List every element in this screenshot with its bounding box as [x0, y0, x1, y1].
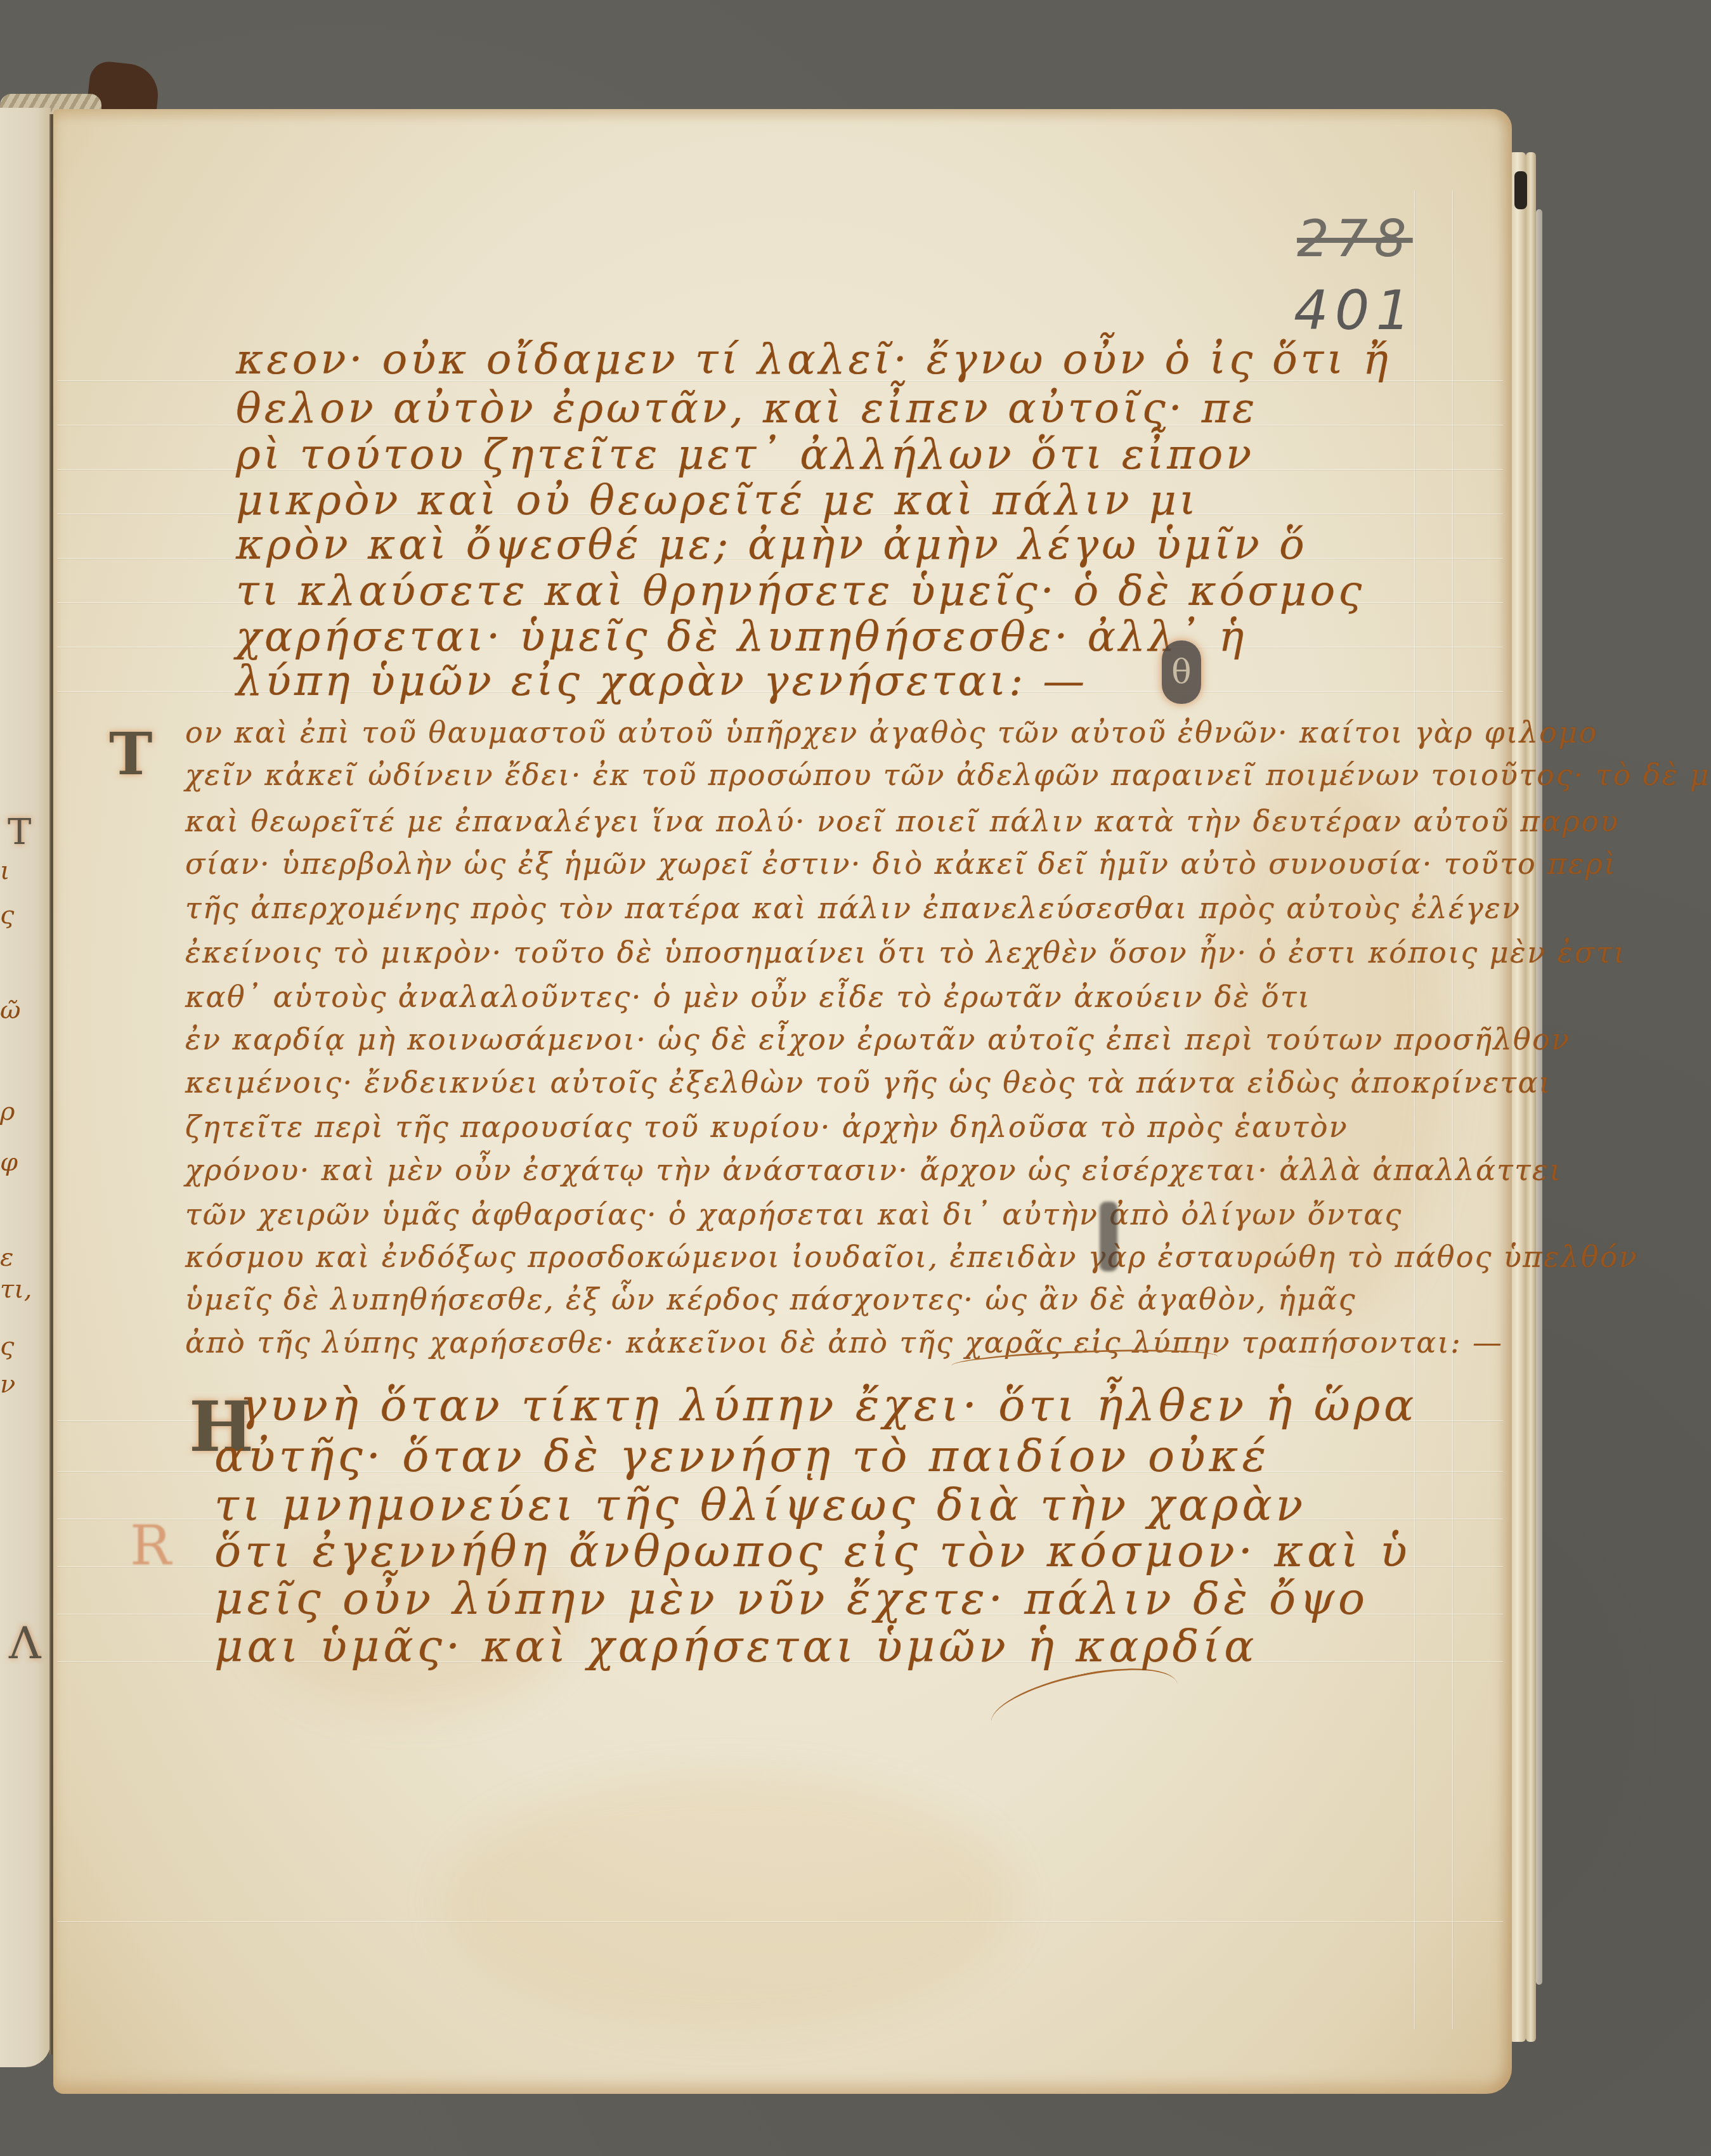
folio-number-old: 278 — [1297, 209, 1413, 268]
cover-edge — [1514, 171, 1527, 209]
text-line: κεον· οὐκ οἴδαμεν τί λαλεῖ· ἔγνω οὖν ὁ ἰ… — [236, 335, 1391, 384]
left-page-text-fragment: τι, — [0, 1275, 32, 1304]
text-line: ὅτι ἐγεννήθη ἄνθρωπος εἰς τὸν κόσμον· κα… — [214, 1525, 1411, 1577]
commentary-line: κειμένοις· ἔνδεικνύει αὐτοῖς ἐξελθὼν τοῦ… — [185, 1065, 1552, 1100]
left-page-text-fragment: ε — [0, 1243, 13, 1272]
margin-red-mark: R — [130, 1514, 171, 1578]
commentary-line: καὶ θεωρεῖτέ με ἐπαναλέγει ἵνα πολύ· νοε… — [185, 804, 1620, 838]
commentary-line: κόσμου καὶ ἐνδόξως προσδοκώμενοι ἰουδαῖο… — [185, 1240, 1638, 1274]
left-page-lambda-mark: Λ — [9, 1617, 41, 1669]
text-line: θελον αὐτὸν ἐρωτᾶν, καὶ εἶπεν αὐτοῖς· πε — [236, 384, 1258, 432]
text-line: γυνὴ ὅταν τίκτῃ λύπην ἔχει· ὅτι ἦλθεν ἡ … — [240, 1379, 1417, 1431]
commentary-line: ὑμεῖς δὲ λυπηθήσεσθε, ἐξ ὧν κέρδος πάσχο… — [185, 1282, 1356, 1316]
left-page: T Λ ι ς ῶ ρ φ ε τι, ς ν — [0, 108, 51, 2067]
left-page-initial-mark: T — [8, 812, 31, 853]
water-stain — [444, 1776, 1015, 2029]
vertical-ruling — [1414, 190, 1415, 2029]
left-page-text-fragment: φ — [0, 1148, 18, 1177]
left-page-text-fragment: ς — [0, 900, 14, 930]
text-line: μαι ὑμᾶς· καὶ χαρήσεται ὑμῶν ἡ καρδία — [214, 1620, 1258, 1672]
text-line: μικρὸν καὶ οὐ θεωρεῖτέ με καὶ πάλιν μι — [236, 476, 1199, 524]
text-line: αὐτῆς· ὅταν δὲ γεννήσῃ τὸ παιδίον οὐκέ — [214, 1430, 1270, 1482]
ruling-line — [57, 1921, 1503, 1922]
margin-theta-mark: θ — [1162, 640, 1201, 704]
text-line: τι μνημονεύει τῆς θλίψεως διὰ τὴν χαρὰν — [214, 1479, 1306, 1531]
left-page-text-fragment: ι — [0, 856, 10, 885]
left-page-text-fragment: ρ — [0, 1097, 15, 1126]
text-line: λύπη ὑμῶν εἰς χαρὰν γενήσεται: — — [236, 656, 1088, 705]
commentary-line: τῶν χειρῶν ὑμᾶς ἀφθαρσίας· ὁ χαρήσεται κ… — [185, 1197, 1403, 1231]
commentary-line: ἀπὸ τῆς λύπης χαρήσεσθε· κἀκεῖνοι δὲ ἀπὸ… — [185, 1325, 1504, 1360]
text-line: ρὶ τούτου ζητεῖτε μετ᾽ ἀλλήλων ὅτι εἶπον — [236, 430, 1254, 479]
commentary-line: ἐν καρδίᾳ μὴ κοινωσάμενοι· ὡς δὲ εἶχον ἐ… — [185, 1022, 1571, 1056]
left-page-text-fragment: ῶ — [0, 996, 21, 1025]
commentary-initial: T — [109, 720, 152, 788]
text-line: τι κλαύσετε καὶ θρηνήσετε ὑμεῖς· ὁ δὲ κό… — [236, 566, 1365, 615]
commentary-line: ζητεῖτε περὶ τῆς παρουσίας τοῦ κυρίου· ἀ… — [185, 1110, 1348, 1144]
text-line: χαρήσεται· ὑμεῖς δὲ λυπηθήσεσθε· ἀλλ᾽ ἡ — [236, 612, 1247, 661]
vertical-ruling — [1452, 190, 1453, 2029]
commentary-line: καθ᾽ αὑτοὺς ἀναλαλοῦντες· ὁ μὲν οὖν εἶδε… — [185, 980, 1311, 1014]
text-line: κρὸν καὶ ὄψεσθέ με; ἀμὴν ἀμὴν λέγω ὑμῖν … — [236, 520, 1308, 569]
commentary-line: χεῖν κἀκεῖ ὠδίνειν ἔδει· ἐκ τοῦ προσώπου… — [185, 758, 1711, 792]
folio-number: 401 — [1294, 279, 1417, 342]
commentary-line: χρόνου· καὶ μὲν οὖν ἐσχάτῳ τὴν ἀνάστασιν… — [185, 1153, 1563, 1187]
text-line: μεῖς οὖν λύπην μὲν νῦν ἔχετε· πάλιν δὲ ὄ… — [214, 1573, 1369, 1625]
commentary-line: ἐκείνοις τὸ μικρὸν· τοῦτο δὲ ὑποσημαίνει… — [185, 935, 1627, 970]
left-page-text-fragment: ς — [0, 1332, 14, 1361]
margin-stain-mark — [1100, 1202, 1117, 1271]
commentary-line: ον καὶ ἐπὶ τοῦ θαυμαστοῦ αὐτοῦ ὑπῆρχεν ἀ… — [185, 715, 1598, 750]
commentary-line: τῆς ἀπερχομένης πρὸς τὸν πατέρα καὶ πάλι… — [185, 891, 1521, 925]
left-page-text-fragment: ν — [0, 1370, 15, 1399]
commentary-line: σίαν· ὑπερβολὴν ὡς ἐξ ἡμῶν χωρεῖ ἐστιν· … — [185, 847, 1617, 881]
